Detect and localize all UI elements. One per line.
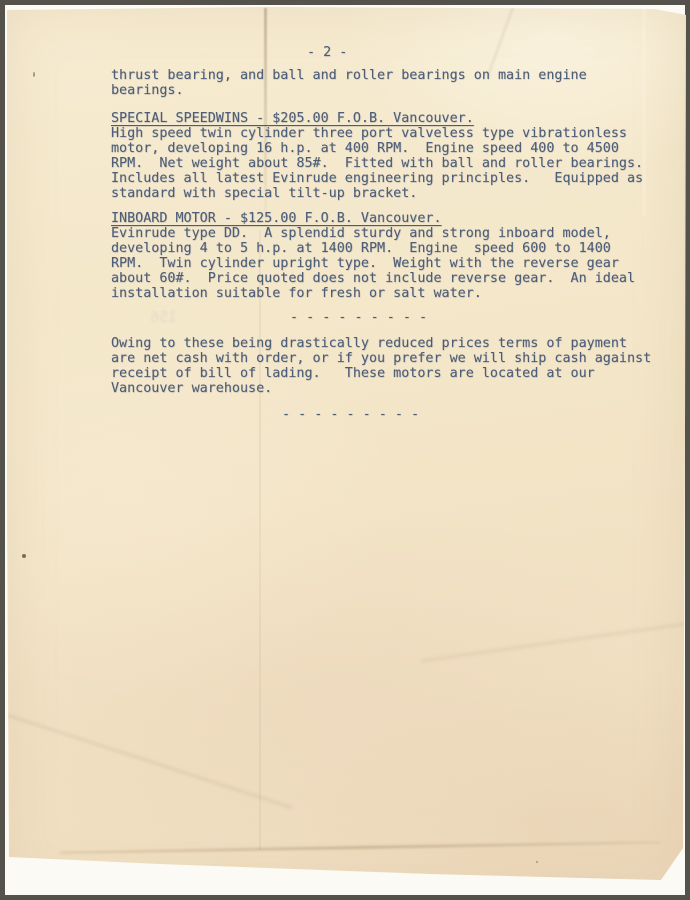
crease-line: [486, 2, 515, 78]
crease-line: [259, 230, 261, 850]
body-line: Includes all latest Evinrude engineering…: [111, 171, 643, 186]
body-line: High speed twin cylinder three port valv…: [111, 126, 627, 141]
closing-line: receipt of bill of lading. These motors …: [111, 366, 595, 381]
section-heading-inboard-motor: INBOARD MOTOR - $125.00 F.O.B. Vancouver…: [111, 211, 442, 226]
crease-line: [643, 6, 645, 216]
body-line: developing 4 to 5 h.p. at 1400 RPM. Engi…: [111, 241, 611, 256]
closing-line: are net cash with order, or if you prefe…: [111, 351, 651, 366]
dash-separator: - - - - - - - - -: [290, 310, 427, 325]
body-line: about 60#. Price quoted does not include…: [111, 271, 635, 286]
dash-separator: - - - - - - - - -: [282, 407, 419, 422]
paragraph-line: bearings.: [111, 83, 184, 98]
crease-line: [421, 621, 690, 663]
body-line: motor, developing 16 h.p. at 400 RPM. En…: [111, 141, 619, 156]
page-number: - 2 -: [307, 45, 347, 60]
body-line: standard with special tilt-up bracket.: [111, 186, 417, 201]
ink-showthrough: 156: [150, 308, 178, 327]
body-line: RPM. Net weight about 85#. Fitted with b…: [111, 156, 643, 171]
paragraph-line: thrust bearing, and ball and roller bear…: [111, 68, 587, 83]
closing-line: Owing to these being drastically reduced…: [111, 336, 627, 351]
crease-line: [7, 714, 293, 810]
body-line: Evinrude type DD. A splendid sturdy and …: [111, 226, 611, 241]
body-line: installation suitable for fresh or salt …: [111, 286, 482, 301]
paper-speck: [22, 554, 26, 558]
scanned-page: 156 - 2 - thrust bearing, and ball and r…: [0, 0, 690, 900]
body-line: RPM. Twin cylinder upright type. Weight …: [111, 256, 619, 271]
paper-speck: [33, 72, 35, 77]
paper-speck: [536, 861, 538, 863]
crease-line: [60, 841, 660, 854]
section-heading-special-speedwins: SPECIAL SPEEDWINS - $205.00 F.O.B. Vanco…: [111, 111, 474, 126]
closing-line: Vancouver warehouse.: [111, 381, 272, 396]
